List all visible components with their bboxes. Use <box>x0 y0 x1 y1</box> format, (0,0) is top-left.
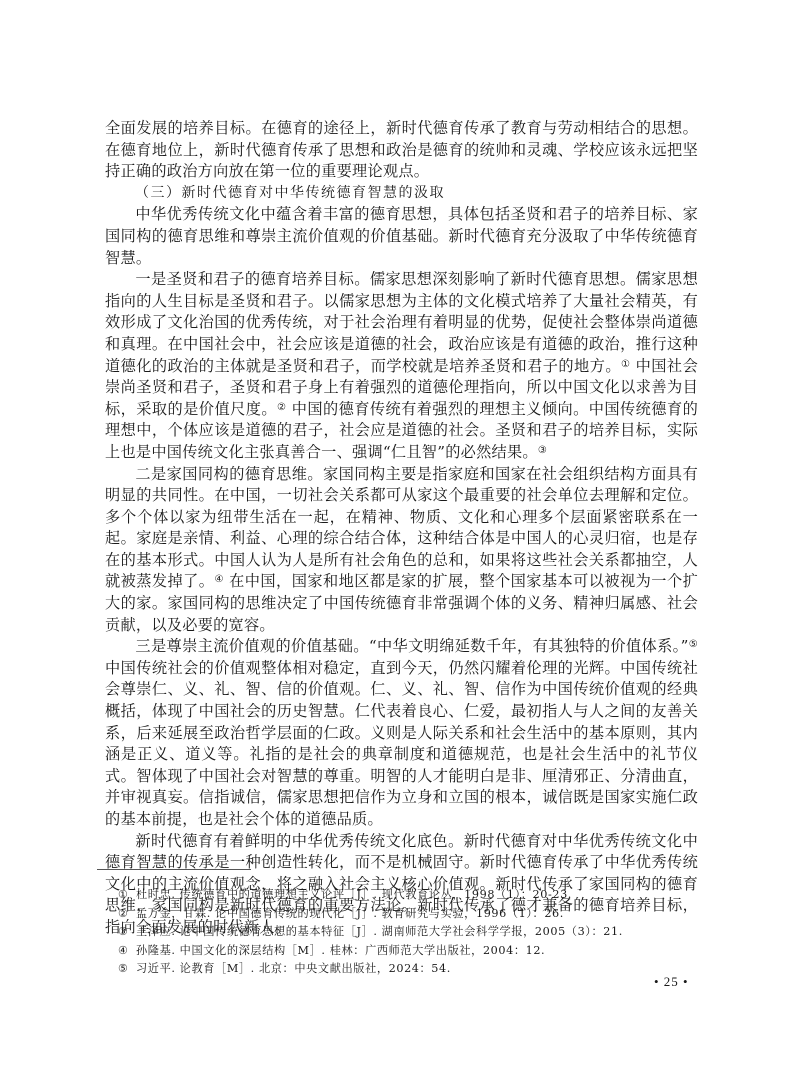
footnote-mark: ② <box>118 905 136 924</box>
footnote-mark: ④ <box>118 942 136 961</box>
paragraph-continuation: 全面发展的培养目标。在德育的途径上，新时代德育传承了教育与劳动相结合的思想。在德… <box>105 118 698 183</box>
footnote-text: 孟万金，甘霖. 论中国德育传统的现代化［J］. 教育研究与实验，1996（1）：… <box>136 907 564 920</box>
page-number: • 25 • <box>654 974 689 990</box>
footnote-ref-3[interactable]: ③ <box>538 445 547 456</box>
footnote-3: ③王泽应. 论中国传统德育思想的基本特征［J］. 湖南师范大学社会科学学报，20… <box>118 923 698 942</box>
footnote-mark: ① <box>118 886 136 905</box>
footnote-ref-4[interactable]: ④ <box>214 574 223 585</box>
paragraph-family-state: 二是家国同构的德育思维。家国同构主要是指家庭和国家在社会组织结构方面具有明显的共… <box>105 464 698 637</box>
text-run: 中国传统社会的价值观整体相对稳定，直到今天，仍然闪耀着伦理的光辉。中国传统社会尊… <box>105 659 698 828</box>
footnote-ref-2[interactable]: ② <box>277 402 286 413</box>
footnote-4: ④孙隆基. 中国文化的深层结构［M］. 桂林：广西师范大学出版社，2004：12… <box>118 942 698 961</box>
text-run: 三是尊崇主流价值观的价值基础。“中华文明绵延数千年，有其独特的价值体系。” <box>135 637 688 655</box>
footnote-mark: ⑤ <box>118 960 136 979</box>
paragraph-mainstream-values: 三是尊崇主流价值观的价值基础。“中华文明绵延数千年，有其独特的价值体系。”⑤ 中… <box>105 636 698 830</box>
footnote-divider <box>97 869 251 870</box>
text-run: 一是圣贤和君子的德育培养目标。儒家思想深刻影响了新时代德育思想。儒家思想指向的人… <box>105 270 698 374</box>
footnote-2: ②孟万金，甘霖. 论中国德育传统的现代化［J］. 教育研究与实验，1996（1）… <box>118 905 698 924</box>
footnote-text: 习近平. 论教育［M］. 北京：中央文献出版社，2024：54. <box>136 962 451 975</box>
section-heading: （三）新时代德育对中华传统德育智慧的汲取 <box>105 183 698 205</box>
article-body: 全面发展的培养目标。在德育的途径上，新时代德育传承了教育与劳动相结合的思想。在德… <box>105 118 698 939</box>
footnote-1: ①杜时忠. 传统德育中的道德理想主义论评［J］. 现代教育论丛，1998（1）：… <box>118 886 698 905</box>
footnote-text: 孙隆基. 中国文化的深层结构［M］. 桂林：广西师范大学出版社，2004：12. <box>136 944 545 957</box>
footnote-mark: ③ <box>118 923 136 942</box>
footnote-ref-5[interactable]: ⑤ <box>689 639 698 650</box>
footnote-5: ⑤习近平. 论教育［M］. 北京：中央文献出版社，2024：54. <box>118 960 698 979</box>
footnotes: ①杜时忠. 传统德育中的道德理想主义论评［J］. 现代教育论丛，1998（1）：… <box>118 886 698 979</box>
footnote-ref-1[interactable]: ① <box>621 359 630 370</box>
paragraph-sage-gentleman: 一是圣贤和君子的德育培养目标。儒家思想深刻影响了新时代德育思想。儒家思想指向的人… <box>105 269 698 463</box>
footnote-text: 杜时忠. 传统德育中的道德理想主义论评［J］. 现代教育论丛，1998（1）：2… <box>136 888 572 901</box>
paragraph-intro: 中华优秀传统文化中蕴含着丰富的德育思想，具体包括圣贤和君子的培养目标、家国同构的… <box>105 204 698 269</box>
footnote-text: 王泽应. 论中国传统德育思想的基本特征［J］. 湖南师范大学社会科学学报，200… <box>136 925 623 938</box>
